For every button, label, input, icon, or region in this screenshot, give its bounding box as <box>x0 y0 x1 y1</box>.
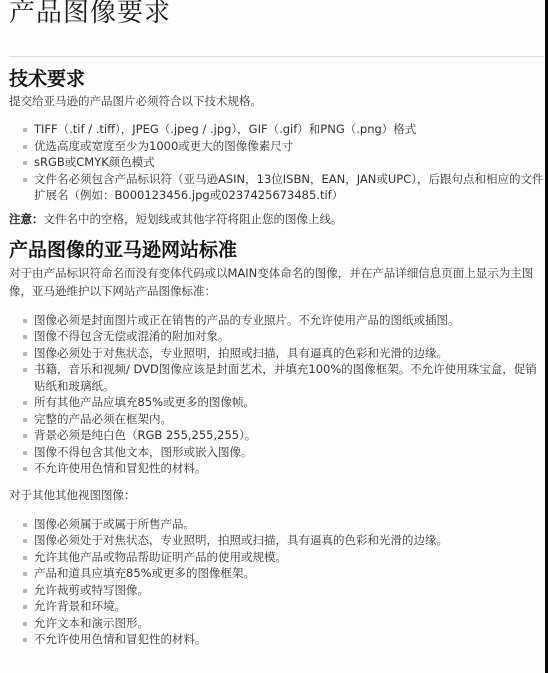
list-item: 图像不得包含其他文本，图形或嵌入图像。 <box>23 444 544 461</box>
main-image-standards-list: 图像必须是封面图片或正在销售的产品的专业照片。不允许使用产品的图纸或插图。 图像… <box>9 312 544 477</box>
list-item: 完整的产品必须在框架内。 <box>23 411 544 428</box>
list-item: 不允许使用色情和冒犯性的材料。 <box>23 460 544 477</box>
list-item: 背景必须是纯白色（RGB 255,255,255）。 <box>23 427 544 444</box>
list-item: TIFF（.tif / .tiff），JPEG（.jpeg / .jpg），GI… <box>23 121 544 138</box>
list-item: 允许文本和演示图形。 <box>23 615 544 632</box>
technical-heading: 技术要求 <box>9 67 544 91</box>
note: 注意：文件名中的空格，短划线或其他字符将阻止您的图像上线。 <box>9 211 544 228</box>
technical-intro: 提交给亚马逊的产品图片必须符合以下技术规格。 <box>9 93 544 110</box>
list-item: 不允许使用色情和冒犯性的材料。 <box>23 631 544 648</box>
list-item: sRGB或CMYK颜色模式 <box>23 154 544 171</box>
list-item: 图像必须属于或属于所售产品。 <box>23 516 544 533</box>
list-item: 允许其他产品或物品帮助证明产品的使用或规模。 <box>23 549 544 566</box>
technical-requirements-section: 技术要求 提交给亚马逊的产品图片必须符合以下技术规格。 TIFF（.tif / … <box>9 67 544 228</box>
list-item: 允许背景和环境。 <box>23 598 544 615</box>
list-item: 文件名必须包含产品标识符（亚马逊ASIN，13位ISBN，EAN，JAN或UPC… <box>23 171 544 204</box>
list-item: 产品和道具应填充85%或更多的图像框架。 <box>23 565 544 582</box>
note-text: 文件名中的空格，短划线或其他字符将阻止您的图像上线。 <box>44 212 343 226</box>
list-item: 优选高度或宽度至少为1000或更大的图像像素尺寸 <box>23 138 544 155</box>
list-item: 图像必须处于对焦状态，专业照明，拍照或扫描，具有逼真的色彩和光滑的边缘。 <box>23 345 544 362</box>
standards-intro: 对于由产品标识符命名而没有变体代码或以MAIN变体命名的图像，并在产品详细信息页… <box>9 264 544 300</box>
list-item: 书籍，音乐和视频/ DVD图像应该是封面艺术，并填充100%的图像框架。不允许使… <box>23 361 544 394</box>
website-standards-section: 产品图像的亚马逊网站标准 对于由产品标识符命名而没有变体代码或以MAIN变体命名… <box>9 238 544 648</box>
other-view-standards-list: 图像必须属于或属于所售产品。 图像必须处于对焦状态，专业照明，拍照或扫描，具有逼… <box>9 516 544 648</box>
list-item: 图像不得包含无偿或混淆的附加对象。 <box>23 328 544 345</box>
note-label: 注意： <box>9 212 44 226</box>
list-item: 图像必须是封面图片或正在销售的产品的专业照片。不允许使用产品的图纸或插图。 <box>23 312 544 329</box>
document-page: 产品图像要求 技术要求 提交给亚马逊的产品图片必须符合以下技术规格。 TIFF（… <box>9 0 544 648</box>
list-item: 允许裁剪或特写图像。 <box>23 582 544 599</box>
title-divider <box>9 56 544 57</box>
other-views-intro: 对于其他其他视图图像： <box>9 487 544 504</box>
list-item: 图像必须处于对焦状态，专业照明，拍照或扫描，具有逼真的色彩和光滑的边缘。 <box>23 532 544 549</box>
list-item: 所有其他产品应填充85%或更多的图像帧。 <box>23 394 544 411</box>
technical-list: TIFF（.tif / .tiff），JPEG（.jpeg / .jpg），GI… <box>9 121 544 204</box>
page-title: 产品图像要求 <box>9 0 544 30</box>
standards-heading: 产品图像的亚马逊网站标准 <box>9 238 544 262</box>
